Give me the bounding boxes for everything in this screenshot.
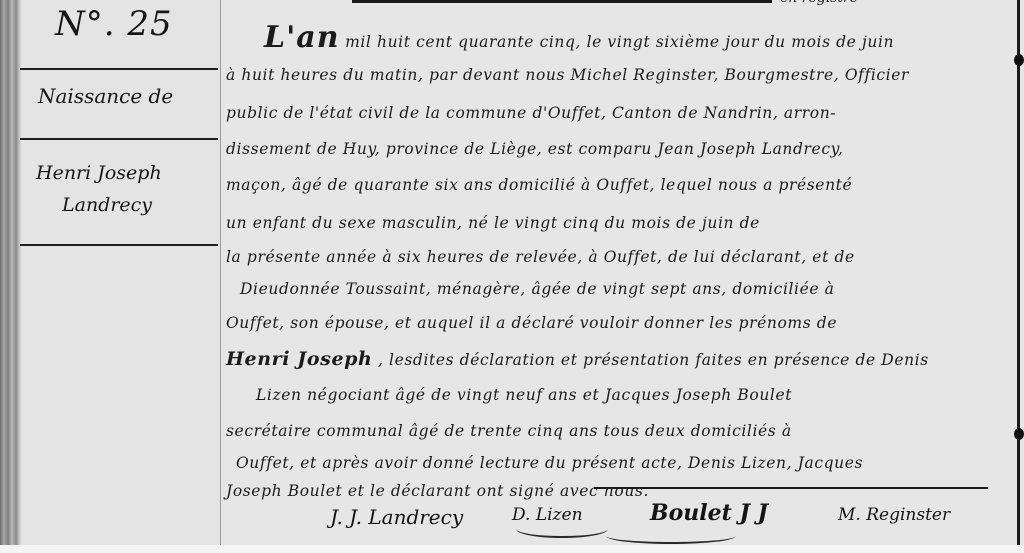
body-line-text: , lesdites déclaration et présentation f… — [378, 351, 929, 369]
margin-divider — [20, 138, 218, 140]
binding-hole — [1014, 54, 1024, 66]
child-given-names: Henri Joseph — [226, 348, 372, 370]
body-line: Dieudonnée Toussaint, ménagère, âgée de … — [240, 280, 835, 298]
signature-flourish — [516, 520, 608, 538]
margin-divider — [20, 68, 218, 70]
body-line: Joseph Boulet et le déclarant ont signé … — [226, 482, 649, 500]
body-line: Henri Joseph , lesdites déclaration et p… — [226, 348, 929, 370]
opening-word: L'an — [264, 20, 340, 55]
closing-rule-line — [594, 487, 988, 489]
binding-hole — [1014, 428, 1024, 440]
body-line: Ouffet, son épouse, et auquel il a décla… — [226, 314, 837, 332]
body-line: un enfant du sexe masculin, né le vingt … — [226, 214, 760, 232]
body-line: maçon, âgé de quarante six ans domicilié… — [226, 176, 852, 194]
signature-witness-boulet: Boulet J J — [650, 500, 768, 526]
body-line: la présente année à six heures de relevé… — [226, 248, 855, 266]
margin-column — [22, 0, 220, 553]
act-number: N°. 25 — [55, 4, 173, 44]
body-line: Ouffet, et après avoir donné lecture du … — [236, 454, 863, 472]
header-fragment: en régistre — [780, 0, 858, 6]
page-right-edge — [1017, 0, 1020, 553]
margin-title: Naissance de — [38, 84, 173, 108]
page-bottom-edge — [0, 545, 1024, 553]
top-rule-line — [352, 0, 772, 3]
book-binding — [0, 0, 22, 553]
signature-declarant: J. J. Landrecy — [330, 505, 463, 529]
body-line: secrétaire communal âgé de trente cinq a… — [226, 422, 792, 440]
body-line-text: mil huit cent quarante cinq, le vingt si… — [345, 33, 894, 51]
body-line: à huit heures du matin, par devant nous … — [226, 66, 909, 84]
margin-rule-line — [220, 0, 221, 553]
body-line: L'an mil huit cent quarante cinq, le vin… — [264, 20, 894, 55]
margin-child-given-names: Henri Joseph — [36, 162, 162, 184]
margin-child-surname: Landrecy — [62, 194, 152, 216]
signature-flourish — [606, 528, 736, 544]
body-line: dissement de Huy, province de Liège, est… — [226, 140, 843, 158]
body-line: Lizen négociant âgé de vingt neuf ans et… — [256, 386, 792, 404]
register-page: en régistre N°. 25 Naissance de Henri Jo… — [0, 0, 1024, 553]
body-line: public de l'état civil de la commune d'O… — [226, 104, 836, 122]
signature-burgomaster: M. Reginster — [838, 505, 950, 525]
margin-divider — [20, 244, 218, 246]
